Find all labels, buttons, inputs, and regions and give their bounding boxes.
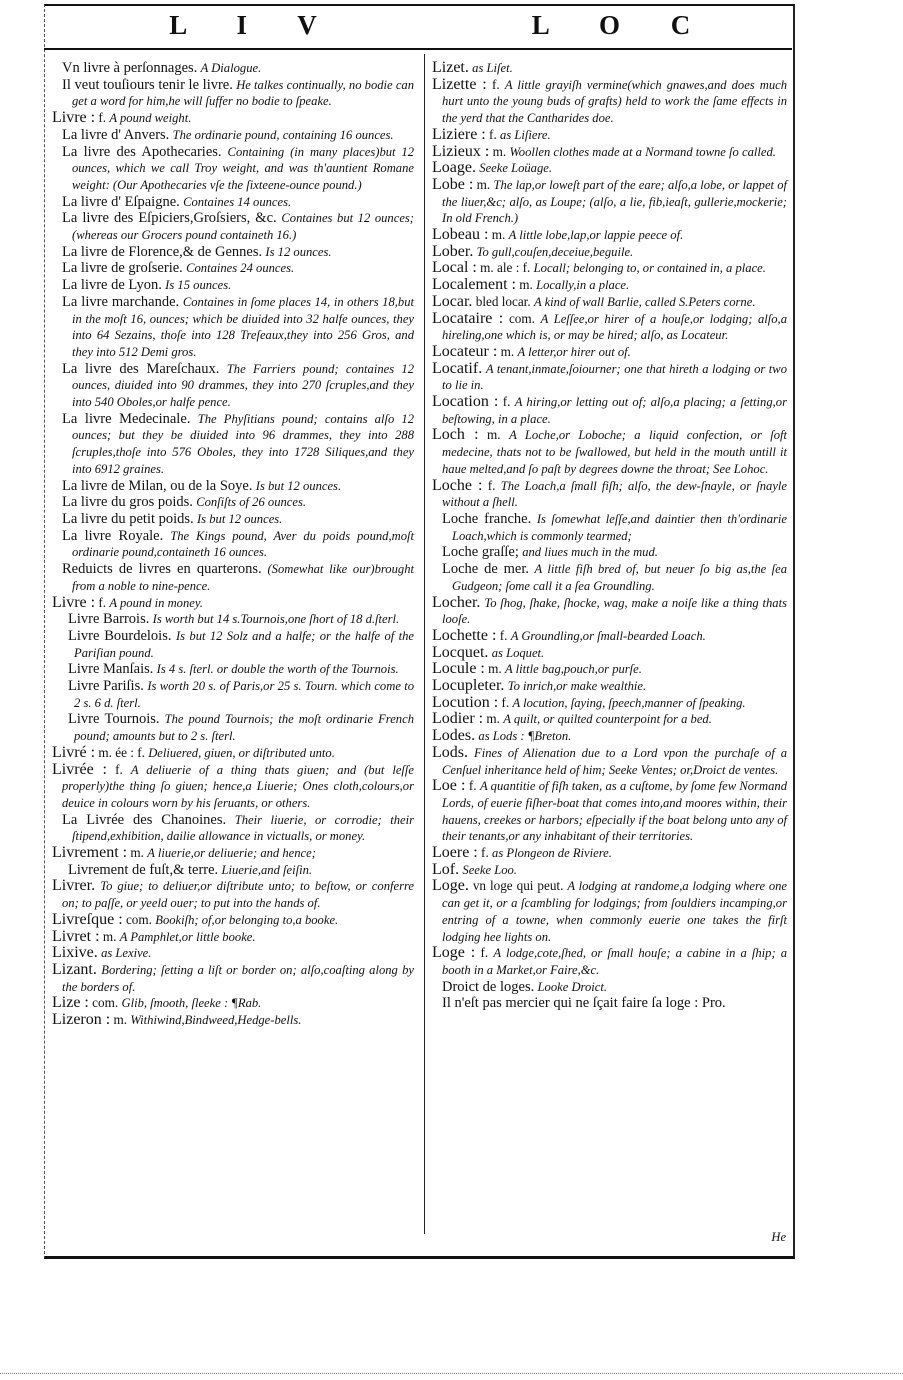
dictionary-entry: La livre de Milan, ou de la Soye. Is but… bbox=[52, 478, 414, 495]
dictionary-entry: La livre du gros poids. Conſiſts of 26 o… bbox=[52, 494, 414, 511]
dictionary-entry: Liziere : f. as Liſiere. bbox=[432, 127, 787, 144]
headword: Livreſque : bbox=[52, 911, 123, 928]
right-column: Lizet. as Liſet.Lizette : f. A little gr… bbox=[432, 60, 787, 1012]
headword: Loche : bbox=[432, 477, 482, 494]
headword: Lizet. bbox=[432, 59, 469, 76]
grammar-note: f. bbox=[502, 695, 510, 710]
definition: To ſhog, ſhake, ſhocke, wag, make a noiſ… bbox=[442, 596, 787, 627]
headword: Lodier : bbox=[432, 710, 483, 727]
headword: Lizant. bbox=[52, 961, 97, 978]
definition: Fines of Alienation due to a Lord vpon t… bbox=[442, 746, 787, 777]
dictionary-entry: Locupleter. To inrich,or make wealthie. bbox=[432, 678, 787, 695]
definition: A pound weight. bbox=[109, 111, 191, 125]
definition: as Plongeon de Riviere. bbox=[492, 846, 612, 860]
headword: Lixive. bbox=[52, 944, 98, 961]
dictionary-entry: Lodier : m. A quilt, or quilted counterp… bbox=[432, 711, 787, 728]
headword: Livre : bbox=[52, 594, 95, 611]
headword: Livre : bbox=[52, 109, 95, 126]
dictionary-entry: Livre Manſais. Is 4 s. ſterl. or double … bbox=[52, 661, 414, 678]
grammar-note: f. bbox=[481, 845, 489, 860]
dictionary-entry: Locateur : m. A letter,or hirer out of. bbox=[432, 344, 787, 361]
headword: La livre de Milan, ou de la Soye. bbox=[62, 478, 252, 494]
dictionary-entry: La livre du petit poids. Is but 12 ounce… bbox=[52, 511, 414, 528]
grammar-note: f. bbox=[492, 77, 500, 92]
headword: Loge. bbox=[432, 877, 469, 894]
grammar-note: f. bbox=[469, 778, 477, 793]
headword: Lods. bbox=[432, 744, 468, 761]
dictionary-entry: Locution : f. A locution, ſaying, ſpeech… bbox=[432, 695, 787, 712]
dictionary-entry: Locatif. A tenant,inmate,ſoiourner; one … bbox=[432, 361, 787, 394]
dictionary-entry: Reduicts de livres en quarterons. (Somew… bbox=[52, 561, 414, 594]
dictionary-entry: Livre Tournois. The pound Tournois; the … bbox=[52, 711, 414, 744]
headword: Lobeau : bbox=[432, 226, 488, 243]
dictionary-entry: Lizette : f. A little grayiſh vermine(wh… bbox=[432, 77, 787, 127]
dictionary-entry: Livre Pariſis. Is worth 20 s. of Paris,o… bbox=[52, 678, 414, 711]
dictionary-entry: Lober. To gull,couſen,deceiue,beguile. bbox=[432, 244, 787, 261]
headword: Livrement de fuſt,& terre. bbox=[68, 862, 218, 878]
dictionary-entry: Locquet. as Loquet. bbox=[432, 645, 787, 662]
dictionary-entry: Livrée : f. A deliuerie of a thing thats… bbox=[52, 762, 414, 812]
dictionary-entry: Il n'eſt pas mercier qui ne ſçait faire … bbox=[432, 995, 787, 1012]
headword: Livre Barrois. bbox=[68, 611, 149, 627]
grammar-note: m. bbox=[488, 661, 502, 676]
definition: as Loquet. bbox=[492, 646, 544, 660]
headword: Locupleter. bbox=[432, 677, 504, 694]
definition: Is but 12 ounces. bbox=[256, 479, 341, 493]
definition: Bordering; ſetting a liſt or border on; … bbox=[62, 963, 414, 994]
headword: Livrer. bbox=[52, 877, 95, 894]
headword: Lodes. bbox=[432, 727, 475, 744]
grammar-note: f. bbox=[98, 110, 106, 125]
dictionary-entry: Droict de loges. Looke Droict. bbox=[432, 979, 787, 996]
headword: Lobe : bbox=[432, 176, 473, 193]
headword: Lober. bbox=[432, 243, 473, 260]
left-column: Vn livre à perſonnages. A Dialogue.Il ve… bbox=[52, 60, 414, 1029]
grammar-note: f. bbox=[488, 478, 496, 493]
headword: Lochette : bbox=[432, 627, 496, 644]
dictionary-entry: Loche : f. The Loach,a ſmall fiſh; alſo,… bbox=[432, 478, 787, 511]
grammar-note: com. bbox=[509, 311, 535, 326]
definition: Containes 24 ounces. bbox=[186, 261, 294, 275]
headword: Il veut touſiours tenir le livre. bbox=[62, 77, 233, 93]
dictionary-page: L I V L O C Vn livre à perſonnages. A Di… bbox=[44, 4, 794, 1260]
headword: Loere : bbox=[432, 844, 478, 861]
dictionary-entry: Loch : m. A Loche,or Loboche; a liquid c… bbox=[432, 427, 787, 477]
dictionary-entry: La livre d' Eſpaigne. Containes 14 ounce… bbox=[52, 194, 414, 211]
grammar-note: m. bbox=[519, 277, 533, 292]
dictionary-entry: Loche franche. Is ſomewhat leſſe,and dai… bbox=[432, 511, 787, 544]
definition: A letter,or hirer out of. bbox=[517, 345, 630, 359]
grammar-note: f. bbox=[98, 595, 106, 610]
headword: La livre Medecinale. bbox=[62, 411, 190, 427]
definition: Is worth but 14 s.Tournois,one ſhort of … bbox=[153, 612, 400, 626]
headword: Liziere : bbox=[432, 126, 486, 143]
dictionary-entry: Livre : f. A pound weight. bbox=[52, 110, 414, 127]
dictionary-entry: Il veut touſiours tenir le livre. He tal… bbox=[52, 77, 414, 110]
headword: La livre de Lyon. bbox=[62, 277, 162, 293]
definition: A liuerie,or deliuerie; and hence; bbox=[147, 846, 316, 860]
headword: Livrement : bbox=[52, 844, 127, 861]
dictionary-entry: Vn livre à perſonnages. A Dialogue. bbox=[52, 60, 414, 77]
definition: Is 4 s. ſterl. or double the worth of th… bbox=[157, 662, 399, 676]
dictionary-entry: La livre marchande. Containes in ſome pl… bbox=[52, 294, 414, 361]
dictionary-entry: La livre des Eſpiciers,Groſsiers, &c. Co… bbox=[52, 210, 414, 243]
dictionary-entry: Lizeron : m. Withiwind,Bindweed,Hedge-be… bbox=[52, 1012, 414, 1029]
grammar-note: m. bbox=[477, 177, 491, 192]
definition: A tenant,inmate,ſoiourner; one that hire… bbox=[442, 362, 787, 393]
headword: Reduicts de livres en quarterons. bbox=[62, 561, 262, 577]
headword: La Livrée des Chanoines. bbox=[62, 812, 226, 828]
headword: Locateur : bbox=[432, 343, 497, 360]
dictionary-entry: Lizieux : m. Woollen clothes made at a N… bbox=[432, 144, 787, 161]
dictionary-entry: La livre d' Anvers. The ordinarie pound,… bbox=[52, 127, 414, 144]
headword: Vn livre à perſonnages. bbox=[62, 60, 197, 76]
headword: Locule : bbox=[432, 660, 485, 677]
dictionary-entry: Loage. Seeke Loüage. bbox=[432, 160, 787, 177]
dictionary-entry: Lizet. as Liſet. bbox=[432, 60, 787, 77]
dictionary-entry: Loere : f. as Plongeon de Riviere. bbox=[432, 845, 787, 862]
dictionary-entry: Lizant. Bordering; ſetting a liſt or bor… bbox=[52, 962, 414, 995]
headword: Locquet. bbox=[432, 644, 488, 661]
definition: A Dialogue. bbox=[201, 61, 262, 75]
dictionary-entry: La livre Medecinale. The Phyſitians poun… bbox=[52, 411, 414, 478]
scan-edge bbox=[0, 1373, 903, 1374]
dictionary-entry: Lodes. as Lods : ¶Breton. bbox=[432, 728, 787, 745]
running-head-right: L O C bbox=[492, 10, 752, 46]
grammar-note: m. bbox=[114, 1012, 128, 1027]
headword: La livre d' Eſpaigne. bbox=[62, 194, 180, 210]
headword: Loge : bbox=[432, 944, 475, 961]
headword: La livre Royale. bbox=[62, 528, 163, 544]
definition: To inrich,or make wealthie. bbox=[508, 679, 646, 693]
dictionary-entry: Localement : m. Locally,in a place. bbox=[432, 277, 787, 294]
definition: A Pamphlet,or little booke. bbox=[120, 930, 256, 944]
dictionary-entry: Livrer. To giue; to deliuer,or diſtribut… bbox=[52, 878, 414, 911]
headword: Lizieux : bbox=[432, 143, 489, 160]
definition: A pound in money. bbox=[109, 596, 203, 610]
dictionary-entry: La Livrée des Chanoines. Their liuerie, … bbox=[52, 812, 414, 845]
headword: Locatif. bbox=[432, 360, 482, 377]
definition: The ordinarie pound, containing 16 ounce… bbox=[173, 128, 394, 142]
dictionary-entry: Livret : m. A Pamphlet,or little booke. bbox=[52, 929, 414, 946]
headword: Local : bbox=[432, 259, 477, 276]
definition: as Lexive. bbox=[101, 946, 151, 960]
dictionary-entry: Livreſque : com. Bookiſh; of,or belongin… bbox=[52, 912, 414, 929]
definition: Conſiſts of 26 ounces. bbox=[196, 495, 306, 509]
headword: Locution : bbox=[432, 694, 498, 711]
grammar-note: m. bbox=[501, 344, 515, 359]
definition: as Lods : ¶Breton. bbox=[478, 729, 571, 743]
definition: A kind of wall Barlie, called S.Peters c… bbox=[534, 295, 756, 309]
column-divider bbox=[424, 54, 425, 1234]
headword: Livré : bbox=[52, 744, 95, 761]
grammar-note: m. bbox=[130, 845, 144, 860]
grammar-note: m. bbox=[492, 227, 506, 242]
dictionary-entry: Locar. bled locar. A kind of wall Barlie… bbox=[432, 294, 787, 311]
headword: Locar. bbox=[432, 293, 472, 310]
running-head-left: L I V bbox=[124, 10, 384, 46]
dictionary-entry: La livre de groſserie. Containes 24 ounc… bbox=[52, 260, 414, 277]
dictionary-entry: Livré : m. ée : f. Deliuered, giuen, or … bbox=[52, 745, 414, 762]
dictionary-entry: La livre Royale. The Kings pound, Aver d… bbox=[52, 528, 414, 561]
headword: Livret : bbox=[52, 928, 100, 945]
headword: Loe : bbox=[432, 777, 465, 794]
definition: Is but 12 ounces. bbox=[197, 512, 282, 526]
definition: Liuerie,and ſeiſin. bbox=[221, 863, 312, 877]
headword: La livre marchande. bbox=[62, 294, 179, 310]
grammar-note: m. bbox=[487, 427, 501, 442]
dictionary-entry: Loe : f. A quantitie of fiſh taken, as a… bbox=[432, 778, 787, 845]
headword: Locataire : bbox=[432, 310, 503, 327]
headword: Lizeron : bbox=[52, 1011, 110, 1028]
dictionary-entry: Local : m. ale : f. Locall; belonging to… bbox=[432, 260, 787, 277]
grammar-note: f. bbox=[489, 127, 497, 142]
headword: La livre de groſserie. bbox=[62, 260, 183, 276]
dictionary-entry: La livre de Lyon. Is 15 ounces. bbox=[52, 277, 414, 294]
definition: A little lobe,lap,or lappie peece of. bbox=[509, 228, 684, 242]
headword: Locher. bbox=[432, 594, 480, 611]
dictionary-entry: La livre des Apothecaries. Containing (i… bbox=[52, 144, 414, 194]
headword: Loage. bbox=[432, 159, 476, 176]
dictionary-entry: Lixive. as Lexive. bbox=[52, 945, 414, 962]
definition: Glib, ſmooth, ſleeke : ¶Rab. bbox=[121, 996, 261, 1010]
headword: Loche graſſe; bbox=[442, 544, 519, 560]
grammar-note: f. bbox=[503, 394, 511, 409]
dictionary-entry: La livre des Mareſchaux. The Farriers po… bbox=[52, 361, 414, 411]
definition: Containes 14 ounces. bbox=[183, 195, 291, 209]
definition: The lap,or loweſt part of the eare; alſo… bbox=[442, 178, 787, 225]
headword: Location : bbox=[432, 393, 498, 410]
dictionary-entry: Loge : f. A lodge,cote,ſhed, or ſmall ho… bbox=[432, 945, 787, 978]
definition: Seeke Loüage. bbox=[479, 161, 552, 175]
headword: Lizette : bbox=[432, 76, 487, 93]
dictionary-entry: Livre Bourdelois. Is but 12 Solz and a h… bbox=[52, 628, 414, 661]
definition: Withiwind,Bindweed,Hedge-bells. bbox=[130, 1013, 301, 1027]
grammar-note: m. ée : f. bbox=[98, 745, 145, 760]
headword: Droict de loges. bbox=[442, 979, 534, 995]
dictionary-entry: Livre Barrois. Is worth but 14 s.Tournoi… bbox=[52, 611, 414, 628]
headword: La livre des Apothecaries. bbox=[62, 144, 222, 160]
definition: as Liſet. bbox=[472, 61, 513, 75]
definition: Seeke Loo. bbox=[462, 863, 517, 877]
dictionary-entry: Livrement : m. A liuerie,or deliuerie; a… bbox=[52, 845, 414, 862]
headword: Loch : bbox=[432, 426, 479, 443]
definition: and liues much in the mud. bbox=[522, 545, 658, 559]
grammar-note: bled locar. bbox=[476, 294, 531, 309]
definition: Bookiſh; of,or belonging to,a booke. bbox=[155, 913, 338, 927]
headword: La livre de Florence,& de Gennes. bbox=[62, 244, 262, 260]
dictionary-entry: Livrement de fuſt,& terre. Liuerie,and ſ… bbox=[52, 862, 414, 879]
dictionary-entry: Locule : m. A little bag,pouch,or purſe. bbox=[432, 661, 787, 678]
definition: A locution, ſaying, ſpeech,manner of ſpe… bbox=[513, 696, 746, 710]
dictionary-entry: Loche graſſe; and liues much in the mud. bbox=[432, 544, 787, 561]
dictionary-entry: Lof. Seeke Loo. bbox=[432, 862, 787, 879]
grammar-note: com. bbox=[92, 995, 118, 1010]
headword: La livre du petit poids. bbox=[62, 511, 194, 527]
headword: La livre des Mareſchaux. bbox=[62, 361, 219, 377]
grammar-note: m. bbox=[493, 144, 507, 159]
headword: La livre d' Anvers. bbox=[62, 127, 169, 143]
dictionary-entry: Lods. Fines of Alienation due to a Lord … bbox=[432, 745, 787, 778]
dictionary-entry: La livre de Florence,& de Gennes. Is 12 … bbox=[52, 244, 414, 261]
grammar-note: f. bbox=[480, 945, 488, 960]
headword: La livre du gros poids. bbox=[62, 494, 193, 510]
definition: Looke Droict. bbox=[538, 980, 608, 994]
dictionary-entry: Lobeau : m. A little lobe,lap,or lappie … bbox=[432, 227, 787, 244]
dictionary-entry: Lochette : f. A Groundling,or ſmall-bear… bbox=[432, 628, 787, 645]
headword: Lof. bbox=[432, 861, 459, 878]
grammar-note: vn loge qui peut. bbox=[473, 878, 564, 893]
definition: as Liſiere. bbox=[500, 128, 551, 142]
headword: Loche franche. bbox=[442, 511, 531, 527]
dictionary-entry: Locataire : com. A Leſſee,or hirer of a … bbox=[432, 311, 787, 344]
definition: A little bag,pouch,or purſe. bbox=[505, 662, 642, 676]
headword: Livre Manſais. bbox=[68, 661, 153, 677]
definition: Woollen clothes made at a Normand towne … bbox=[509, 145, 775, 159]
headword: Il n'eſt pas mercier qui ne ſçait faire … bbox=[442, 995, 726, 1011]
catchword: He bbox=[771, 1230, 786, 1245]
definition: Locall; belonging to, or contained in, a… bbox=[534, 261, 766, 275]
headword: Livre Tournois. bbox=[68, 711, 160, 727]
definition: Is 12 ounces. bbox=[265, 245, 331, 259]
headword: La livre des Eſpiciers,Groſsiers, &c. bbox=[62, 210, 277, 226]
definition: A lodge,cote,ſhed, or ſmall houſe; a cab… bbox=[442, 946, 787, 977]
dictionary-entry: Loche de mer. A little fiſh bred of, but… bbox=[432, 561, 787, 594]
definition: A quantitie of fiſh taken, as a cuſtome,… bbox=[442, 779, 787, 843]
dictionary-entry: Locher. To ſhog, ſhake, ſhocke, wag, mak… bbox=[432, 595, 787, 628]
headword: Livrée : bbox=[52, 761, 107, 778]
dictionary-entry: Lize : com. Glib, ſmooth, ſleeke : ¶Rab. bbox=[52, 995, 414, 1012]
dictionary-entry: Lobe : m. The lap,or loweſt part of the … bbox=[432, 177, 787, 227]
grammar-note: m. bbox=[486, 711, 500, 726]
headword: Loche de mer. bbox=[442, 561, 529, 577]
grammar-note: f. bbox=[115, 762, 123, 777]
definition: Is 15 ounces. bbox=[165, 278, 231, 292]
definition: Deliuered, giuen, or diſtributed unto. bbox=[148, 746, 335, 760]
grammar-note: f. bbox=[500, 628, 508, 643]
definition: Locally,in a place. bbox=[536, 278, 629, 292]
header-rule bbox=[44, 48, 792, 50]
dictionary-entry: Loge. vn loge qui peut. A lodging at ran… bbox=[432, 878, 787, 945]
headword: Lize : bbox=[52, 994, 89, 1011]
headword: Livre Pariſis. bbox=[68, 678, 144, 694]
definition: To gull,couſen,deceiue,beguile. bbox=[477, 245, 634, 259]
definition: A Groundling,or ſmall-bearded Loach. bbox=[511, 629, 706, 643]
grammar-note: m. ale : f. bbox=[480, 260, 530, 275]
grammar-note: com. bbox=[126, 912, 152, 927]
grammar-note: m. bbox=[103, 929, 117, 944]
definition: To giue; to deliuer,or diſtribute unto; … bbox=[62, 879, 414, 910]
headword: Livre Bourdelois. bbox=[68, 628, 171, 644]
headword: Localement : bbox=[432, 276, 516, 293]
dictionary-entry: Location : f. A hiring,or letting out of… bbox=[432, 394, 787, 427]
definition: A quilt, or quilted counterpoint for a b… bbox=[503, 712, 712, 726]
dictionary-entry: Livre : f. A pound in money. bbox=[52, 595, 414, 612]
